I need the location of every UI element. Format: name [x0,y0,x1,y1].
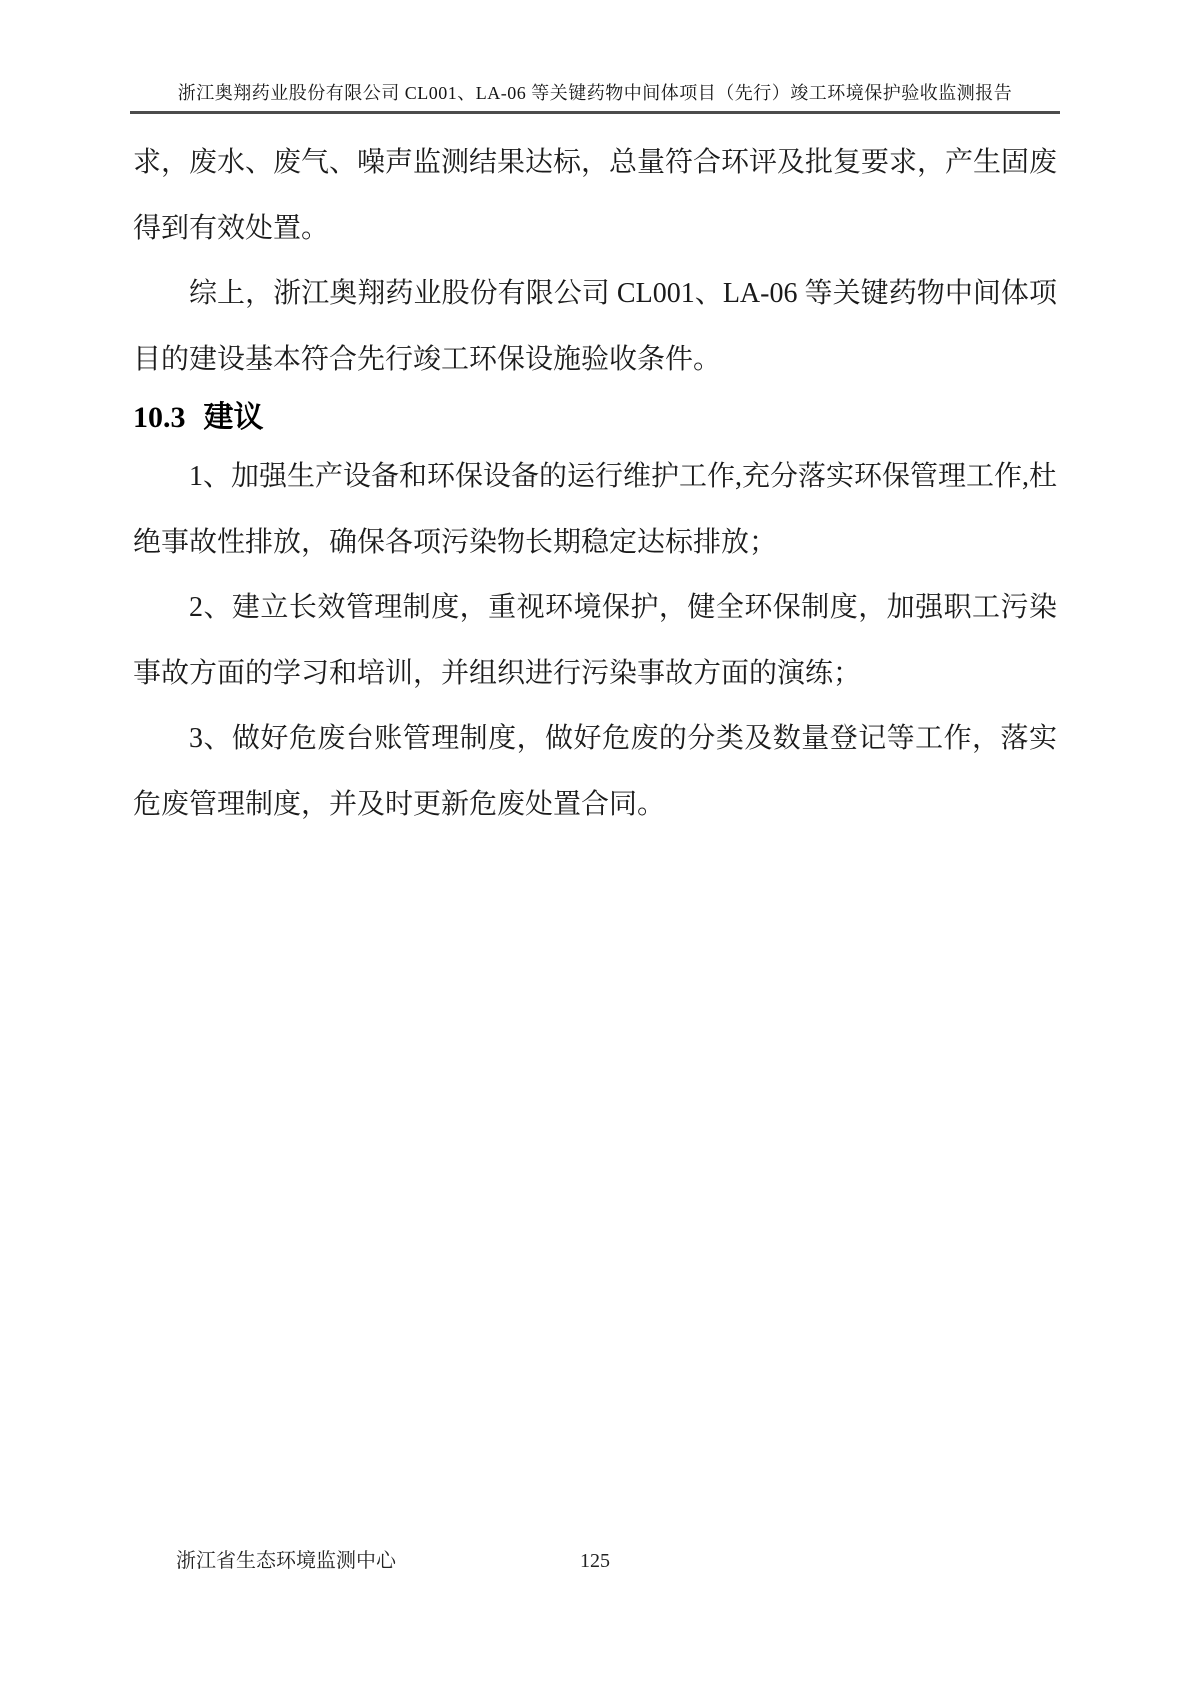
suggestion-item-2: 2、建立长效管理制度，重视环境保护，健全环保制度，加强职工污染事故方面的学习和培… [133,575,1057,706]
document-page: 浙江奥翔药业股份有限公司 CL001、LA-06 等关键药物中间体项目（先行）竣… [0,0,1190,1683]
suggestion-item-3: 3、做好危废台账管理制度，做好危废的分类及数量登记等工作，落实危废管理制度，并及… [133,706,1057,837]
suggestion-item-1: 1、加强生产设备和环保设备的运行维护工作,充分落实环保管理工作,杜绝事故性排放，… [133,444,1057,575]
running-header: 浙江奥翔药业股份有限公司 CL001、LA-06 等关键药物中间体项目（先行）竣… [130,82,1060,114]
paragraph-continuation: 求，废水、废气、噪声监测结果达标，总量符合环评及批复要求，产生固废得到有效处置。 [133,130,1057,261]
section-heading-10-3: 10.3 建议 [133,392,1057,444]
running-footer: 125 浙江省生态环境监测中心 [133,1548,1057,1578]
paragraph-conclusion: 综上，浙江奥翔药业股份有限公司 CL001、LA-06 等关键药物中间体项目的建… [133,261,1057,392]
footer-organization: 浙江省生态环境监测中心 [176,1548,396,1574]
document-body: 求，废水、废气、噪声监测结果达标，总量符合环评及批复要求，产生固废得到有效处置。… [133,130,1057,837]
